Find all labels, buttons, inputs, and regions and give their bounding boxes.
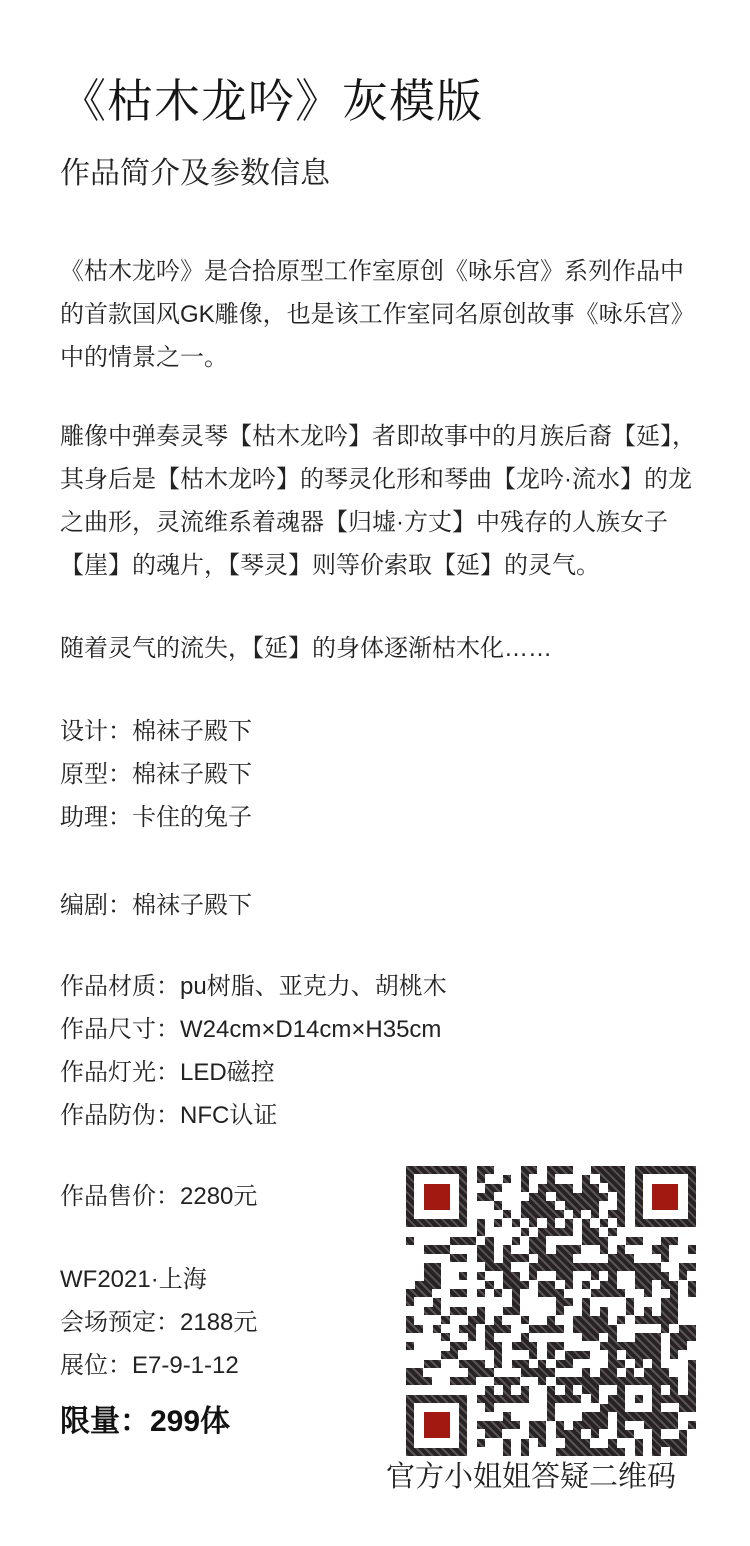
credit-writer: 编剧：棉袜子殿下: [60, 884, 252, 927]
qr-caption: 官方小姐姐答疑二维码: [386, 1456, 676, 1499]
story-line: 【崖】的魂片，【琴灵】则等价索取【延】的灵气。: [60, 544, 696, 587]
story-line: 之曲形，灵流维系着魂器【归墟·方丈】中残存的人族女子: [60, 501, 696, 544]
credit-prototype: 原型：棉袜子殿下: [60, 753, 252, 796]
venue-preorder-price: 会场预定：2188元: [60, 1301, 257, 1344]
qr-finder-red-square: [424, 1412, 450, 1438]
spec-material: 作品材质：pu树脂、亚克力、胡桃木: [60, 965, 447, 1008]
specs-block: 作品材质：pu树脂、亚克力、胡桃木 作品尺寸：W24cm×D14cm×H35cm…: [60, 965, 447, 1137]
intro-line: 中的情景之一。: [60, 336, 695, 379]
limited-quantity: 限量：299体: [60, 1400, 230, 1443]
credit-assistant: 助理：卡住的兔子: [60, 796, 252, 839]
spec-anti-fake: 作品防伪：NFC认证: [60, 1094, 447, 1137]
spec-light: 作品灯光：LED磁控: [60, 1051, 447, 1094]
qr-finder-red-square: [424, 1184, 450, 1210]
event-name: WF2021·上海: [60, 1258, 257, 1301]
story-paragraph: 雕像中弹奏灵琴【枯木龙吟】者即故事中的月族后裔【延】， 其身后是【枯木龙吟】的琴…: [60, 415, 696, 587]
qr-code: [406, 1166, 696, 1456]
story-line: 其身后是【枯木龙吟】的琴灵化形和琴曲【龙吟·流水】的龙: [60, 458, 696, 501]
intro-line: 的首款国风GK雕像，也是该工作室同名原创故事《咏乐宫》: [60, 293, 695, 336]
event-block: WF2021·上海 会场预定：2188元 展位：E7-9-1-12: [60, 1258, 257, 1387]
booth-number: 展位：E7-9-1-12: [60, 1344, 257, 1387]
credits-block: 设计：棉袜子殿下 原型：棉袜子殿下 助理：卡住的兔子: [60, 710, 252, 839]
product-title: 《枯木龙吟》灰模版: [60, 70, 483, 132]
spec-size: 作品尺寸：W24cm×D14cm×H35cm: [60, 1008, 447, 1051]
intro-line: 《枯木龙吟》是合拾原型工作室原创《咏乐宫》系列作品中: [60, 250, 695, 293]
product-info-page: 《枯木龙吟》灰模版 作品简介及参数信息 《枯木龙吟》是合拾原型工作室原创《咏乐宫…: [0, 0, 750, 1546]
section-subtitle: 作品简介及参数信息: [60, 152, 330, 195]
retail-price: 作品售价：2280元: [60, 1175, 257, 1218]
intro-paragraph: 《枯木龙吟》是合拾原型工作室原创《咏乐宫》系列作品中 的首款国风GK雕像，也是该…: [60, 250, 695, 379]
story-ending-line: 随着灵气的流失，【延】的身体逐渐枯木化……: [60, 627, 552, 670]
story-line: 雕像中弹奏灵琴【枯木龙吟】者即故事中的月族后裔【延】，: [60, 415, 696, 458]
credit-design: 设计：棉袜子殿下: [60, 710, 252, 753]
qr-finder-red-square: [652, 1184, 678, 1210]
